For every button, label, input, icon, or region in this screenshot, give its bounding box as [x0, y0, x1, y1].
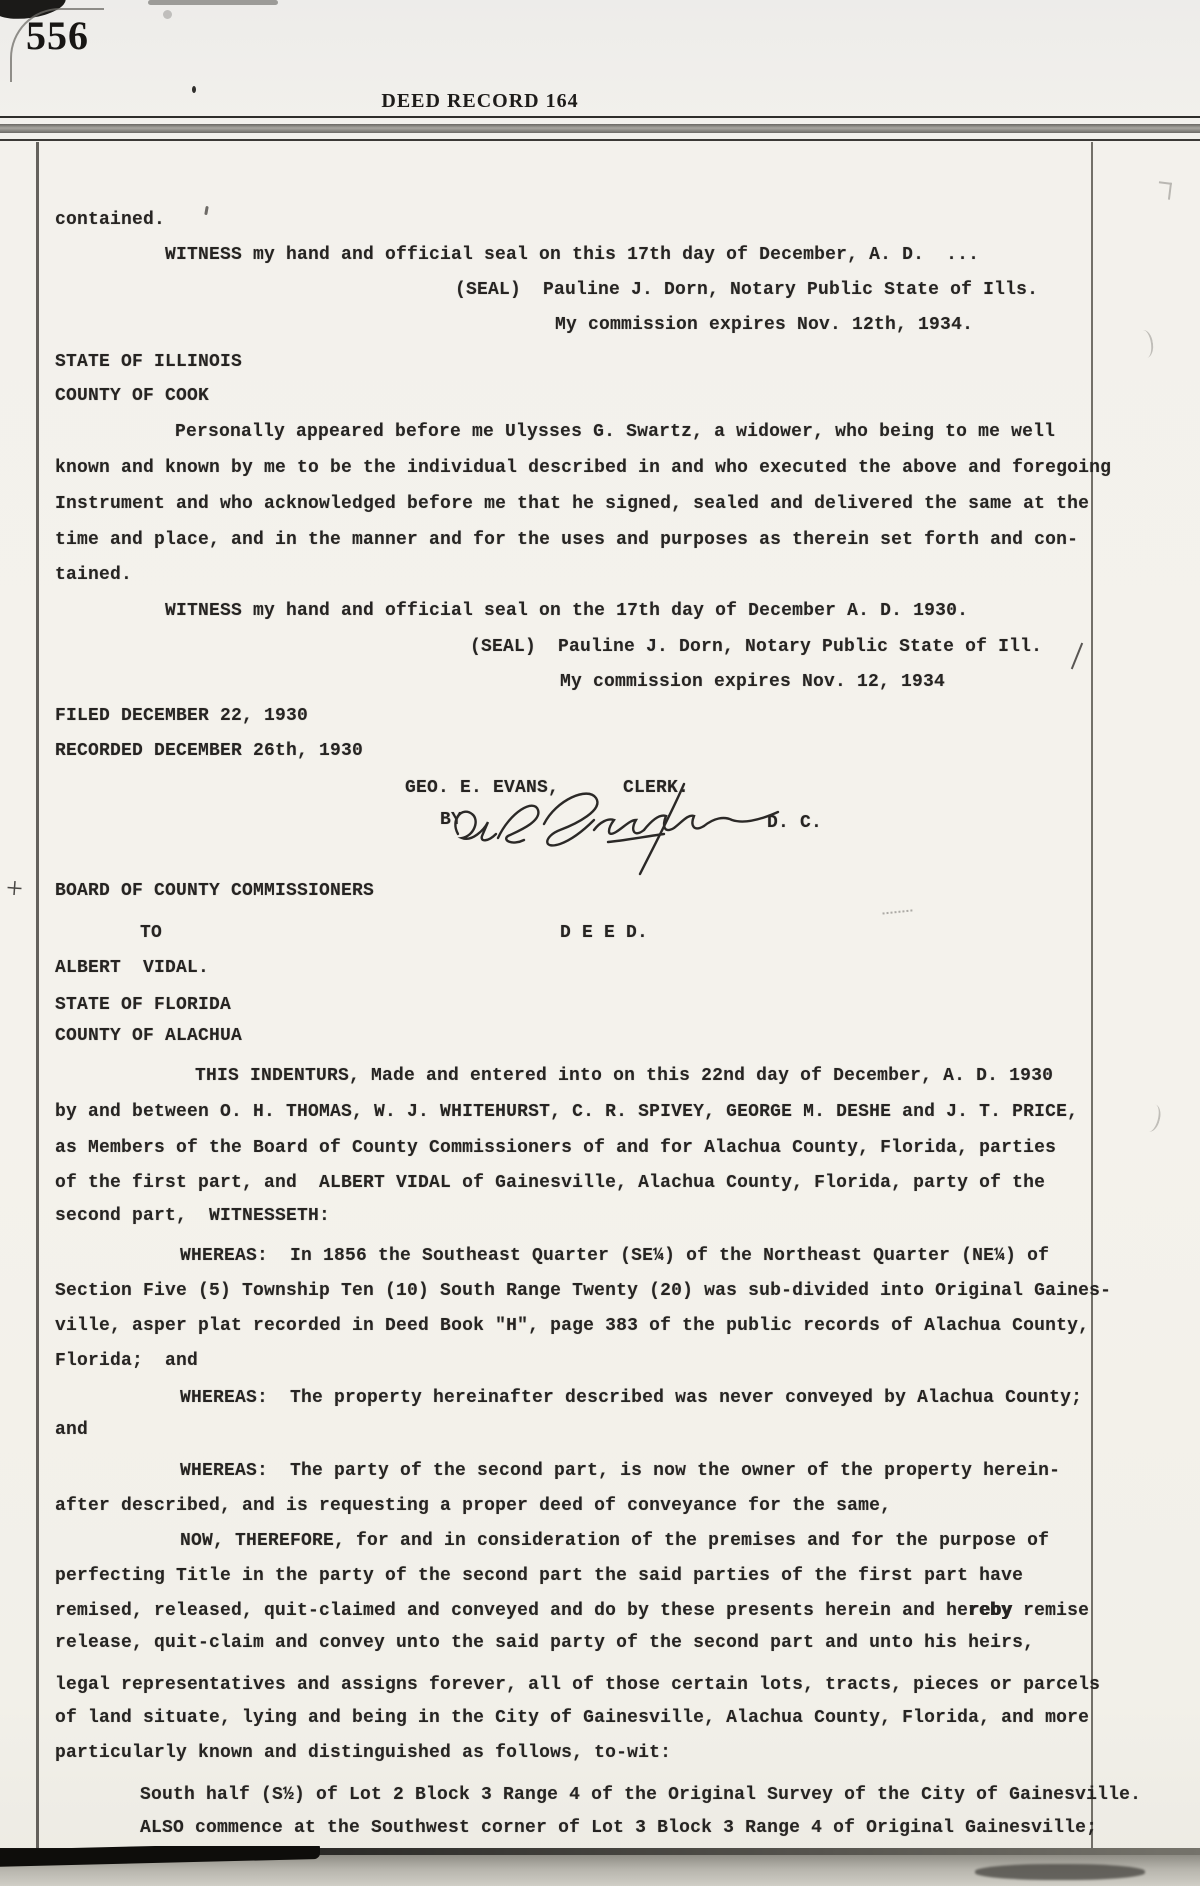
typed-text-block: contained. WITNESS my hand and official …	[55, 0, 1100, 1886]
text-line: Section Five (5) Township Ten (10) South…	[55, 1281, 1111, 1301]
text-line: known and known by me to be the individu…	[55, 458, 1111, 478]
recorded-date-line: RECORDED DECEMBER 26th, 1930	[55, 741, 363, 761]
text-line: of land situate, lying and being in the …	[55, 1708, 1089, 1728]
county-caption: COUNTY OF ALACHUA	[55, 1026, 242, 1046]
left-margin-rule	[36, 142, 39, 1848]
text-line: second part, WITNESSETH:	[55, 1206, 330, 1226]
seal-line: (SEAL) Pauline J. Dorn, Notary Public St…	[455, 280, 1038, 300]
scan-edge-patch	[975, 1864, 1145, 1880]
pencil-mark	[1141, 1102, 1163, 1133]
pencil-mark	[1135, 329, 1155, 359]
text-line: by and between O. H. THOMAS, W. J. WHITE…	[55, 1102, 1078, 1122]
text-line: THIS INDENTURS, Made and entered into on…	[195, 1066, 1053, 1086]
witness-line: WITNESS my hand and official seal on the…	[165, 601, 968, 621]
text-line: perfecting Title in the party of the sec…	[55, 1566, 1023, 1586]
text-line: legal representatives and assigns foreve…	[55, 1675, 1100, 1695]
clerk-signature	[448, 778, 792, 882]
grantor-line: BOARD OF COUNTY COMMISSIONERS	[55, 881, 374, 901]
seal-line: (SEAL) Pauline J. Dorn, Notary Public St…	[470, 637, 1042, 657]
to-label: TO	[140, 923, 162, 943]
pencil-mark	[1157, 181, 1172, 199]
hereby-post: remise	[1012, 1601, 1089, 1621]
hereby-pre: remised, released, quit-claimed and conv…	[55, 1601, 968, 1621]
whereas-line: WHEREAS: The party of the second part, i…	[180, 1461, 1060, 1481]
text-line: ville, asper plat recorded in Deed Book …	[55, 1316, 1089, 1336]
whereas-line: WHEREAS: In 1856 the Southeast Quarter (…	[180, 1246, 1049, 1266]
scanned-deed-page: 556 DEED RECORD 164 contained. WITNESS m…	[0, 0, 1200, 1886]
state-caption: STATE OF ILLINOIS	[55, 352, 242, 372]
state-caption: STATE OF FLORIDA	[55, 995, 231, 1015]
grantee-line: ALBERT VIDAL.	[55, 958, 209, 978]
text-line-hereby: remised, released, quit-claimed and conv…	[55, 1601, 1089, 1621]
legal-description-line: South half (S½) of Lot 2 Block 3 Range 4…	[140, 1785, 1141, 1805]
text-line: time and place, and in the manner and fo…	[55, 530, 1078, 550]
text-line: and	[55, 1420, 88, 1440]
deed-label: D E E D.	[560, 923, 648, 943]
filed-date-line: FILED DECEMBER 22, 1930	[55, 706, 308, 726]
text-line: Personally appeared before me Ulysses G.…	[175, 422, 1055, 442]
county-caption: COUNTY OF COOK	[55, 386, 209, 406]
text-line: Florida; and	[55, 1351, 198, 1371]
text-line: release, quit-claim and convey unto the …	[55, 1633, 1034, 1653]
margin-cross-mark: +	[5, 871, 24, 906]
hereby-overstrike: reby	[968, 1601, 1012, 1621]
text-line: of the first part, and ALBERT VIDAL of G…	[55, 1173, 1045, 1193]
text-line: NOW, THEREFORE, for and in consideration…	[180, 1531, 1049, 1551]
witness-line: WITNESS my hand and official seal on thi…	[165, 245, 979, 265]
scan-bottom-edge	[0, 1846, 1200, 1886]
commission-line: My commission expires Nov. 12th, 1934.	[555, 315, 973, 335]
text-line: contained.	[55, 210, 165, 230]
text-line: as Members of the Board of County Commis…	[55, 1138, 1056, 1158]
text-line: after described, and is requesting a pro…	[55, 1496, 891, 1516]
commission-line: My commission expires Nov. 12, 1934	[560, 672, 945, 692]
legal-description-line: ALSO commence at the Southwest corner of…	[140, 1818, 1097, 1838]
text-line: particularly known and distinguished as …	[55, 1743, 671, 1763]
whereas-line: WHEREAS: The property hereinafter descri…	[180, 1388, 1082, 1408]
text-line: Instrument and who acknowledged before m…	[55, 494, 1089, 514]
text-line: tained.	[55, 565, 132, 585]
